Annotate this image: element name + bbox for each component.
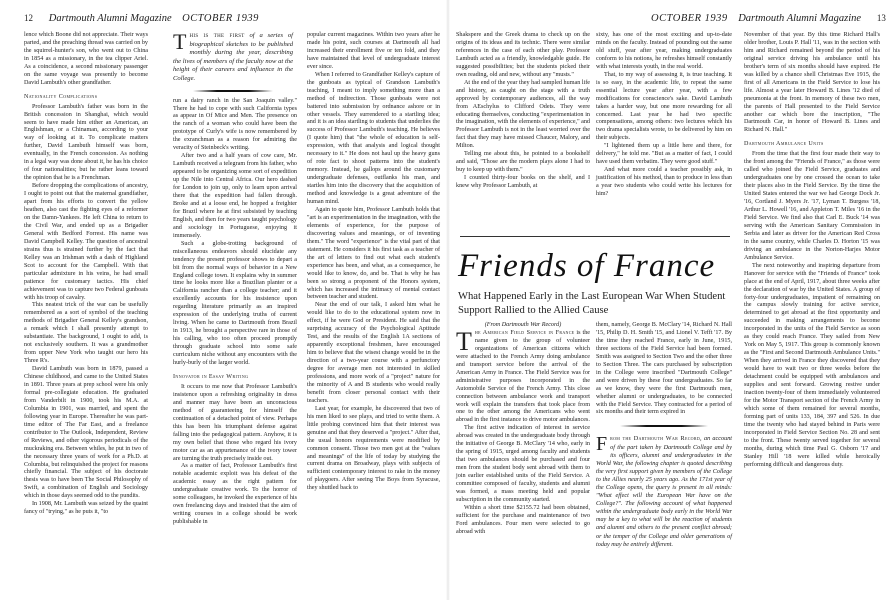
section-heading: Nationality Complications bbox=[24, 94, 148, 102]
section-heading: Dartmouth Ambulance Units bbox=[744, 141, 880, 149]
paragraph: In 1908, Mr. Lambuth was seized by the q… bbox=[24, 501, 148, 517]
left-page: 12 Dartmouth Alumni Magazine OCTOBER 193… bbox=[0, 0, 448, 600]
paragraph: lence which Boone did not appreciate. Th… bbox=[24, 32, 148, 88]
paragraph: It occurs to me now that Professor Lambu… bbox=[173, 384, 297, 464]
paragraph: sixty, has one of the most exciting and … bbox=[596, 32, 732, 72]
right-column-1-top: Shakspere and the Greek drama to check u… bbox=[456, 32, 590, 191]
paragraph: Before dropping the complications of anc… bbox=[24, 183, 148, 302]
right-column-2-bottom: them, namely, George B. McClary '14, Ric… bbox=[596, 322, 732, 549]
intro-lead: his is the first bbox=[189, 32, 244, 39]
paragraph: Professor Lambuth's father was born in t… bbox=[24, 104, 148, 184]
source-note: (From Dartmouth War Record) bbox=[456, 322, 590, 330]
paragraph: Telling me about this, he pointed to a b… bbox=[456, 151, 590, 175]
drop-cap: T bbox=[173, 33, 186, 51]
drop-cap: T bbox=[456, 331, 472, 353]
series-intro: This is the first of a series of biograp… bbox=[173, 32, 297, 84]
article-title: Friends of France bbox=[458, 248, 715, 285]
paragraph: Within a short time $2155.72 had been ob… bbox=[456, 505, 590, 537]
page-number: 12 bbox=[24, 13, 33, 23]
paragraph: Shakspere and the Greek drama to check u… bbox=[456, 32, 590, 80]
paragraph: Again to quote him, Professor Lambuth ho… bbox=[307, 207, 440, 302]
paragraph: Such a globe-trotting background of misc… bbox=[173, 241, 297, 368]
paragraph: November of that year. By this time Rich… bbox=[744, 32, 880, 135]
right-column-1-bottom: (From Dartmouth War Record) The American… bbox=[456, 322, 590, 537]
article-subtitle: What Happened Early in the Last European… bbox=[458, 290, 728, 318]
left-column-3: popular current magazines. Within two ye… bbox=[307, 32, 440, 493]
right-column-2-top: sixty, has one of the most exciting and … bbox=[596, 32, 732, 199]
drop-cap: F bbox=[596, 436, 607, 452]
paragraph: popular current magazines. Within two ye… bbox=[307, 32, 440, 72]
left-column-1: lence which Boone did not appreciate. Th… bbox=[24, 32, 148, 517]
paragraph-text: is the name given to the group of volunt… bbox=[456, 330, 590, 423]
decorative-rule bbox=[620, 425, 708, 427]
magazine-name: Dartmouth Alumni Magazine bbox=[738, 13, 861, 24]
running-head-right: OCTOBER 1939 Dartmouth Alumni Magazine 1… bbox=[651, 13, 886, 24]
note-lead: rom the Dartmouth War Record, bbox=[610, 435, 702, 442]
right-column-3: November of that year. By this time Rich… bbox=[744, 32, 880, 469]
paragraph: run a dairy ranch in the San Joaquin val… bbox=[173, 98, 297, 154]
paragraph: "I lightened them up a little here and t… bbox=[596, 143, 732, 167]
paragraph: After two and a half years of cow care, … bbox=[173, 153, 297, 240]
section-heading: Innovator in Essay Writing bbox=[173, 374, 297, 382]
right-page: OCTOBER 1939 Dartmouth Alumni Magazine 1… bbox=[448, 0, 896, 600]
paragraph: That, to my way of assessing it, is true… bbox=[596, 72, 732, 144]
section-divider bbox=[460, 236, 730, 237]
intro-rule-spacer bbox=[173, 84, 297, 98]
magazine-name: Dartmouth Alumni Magazine bbox=[49, 13, 172, 24]
paragraph: Last year, for example, he discovered th… bbox=[307, 406, 440, 493]
box-rule-spacer bbox=[596, 417, 732, 435]
paragraph: When I referred to Grandfather Kelley's … bbox=[307, 72, 440, 207]
paragraph: The next noteworthy and inspiring depart… bbox=[744, 263, 880, 470]
issue-date: OCTOBER 1939 bbox=[182, 13, 259, 24]
lead-in: he American Field Service in France bbox=[475, 330, 575, 336]
running-head-left: 12 Dartmouth Alumni Magazine OCTOBER 193… bbox=[24, 13, 259, 24]
note-text: an account of the part taken by Dartmout… bbox=[596, 435, 732, 547]
paragraph: This neatest trick of the war can be use… bbox=[24, 302, 148, 366]
paragraph: The first active indication of interest … bbox=[456, 425, 590, 505]
left-column-2: This is the first of a series of biograp… bbox=[173, 32, 297, 527]
paragraph: I counted thirty-four books on the shelf… bbox=[456, 175, 590, 191]
editor-note: From the Dartmouth War Record, an accoun… bbox=[596, 435, 732, 548]
paragraph: Near the end of our talk, I asked him wh… bbox=[307, 302, 440, 405]
opening-paragraph: The American Field Service in France is … bbox=[456, 330, 590, 425]
intro-text: of a series of biographical sketches to … bbox=[173, 32, 293, 82]
page-number: 13 bbox=[877, 13, 886, 23]
paragraph: At the end of the year they had sampled … bbox=[456, 80, 590, 152]
paragraph: From the time that the first four made t… bbox=[744, 151, 880, 262]
paragraph: David Lambuth was born in 1879, passed a… bbox=[24, 366, 148, 501]
paragraph: And what more could a teacher possibly a… bbox=[596, 167, 732, 199]
decorative-rule bbox=[193, 90, 273, 92]
issue-date: OCTOBER 1939 bbox=[651, 13, 728, 24]
paragraph: As a matter of fact, Professor Lambuth's… bbox=[173, 463, 297, 527]
paragraph: them, namely, George B. McClary '14, Ric… bbox=[596, 322, 732, 417]
